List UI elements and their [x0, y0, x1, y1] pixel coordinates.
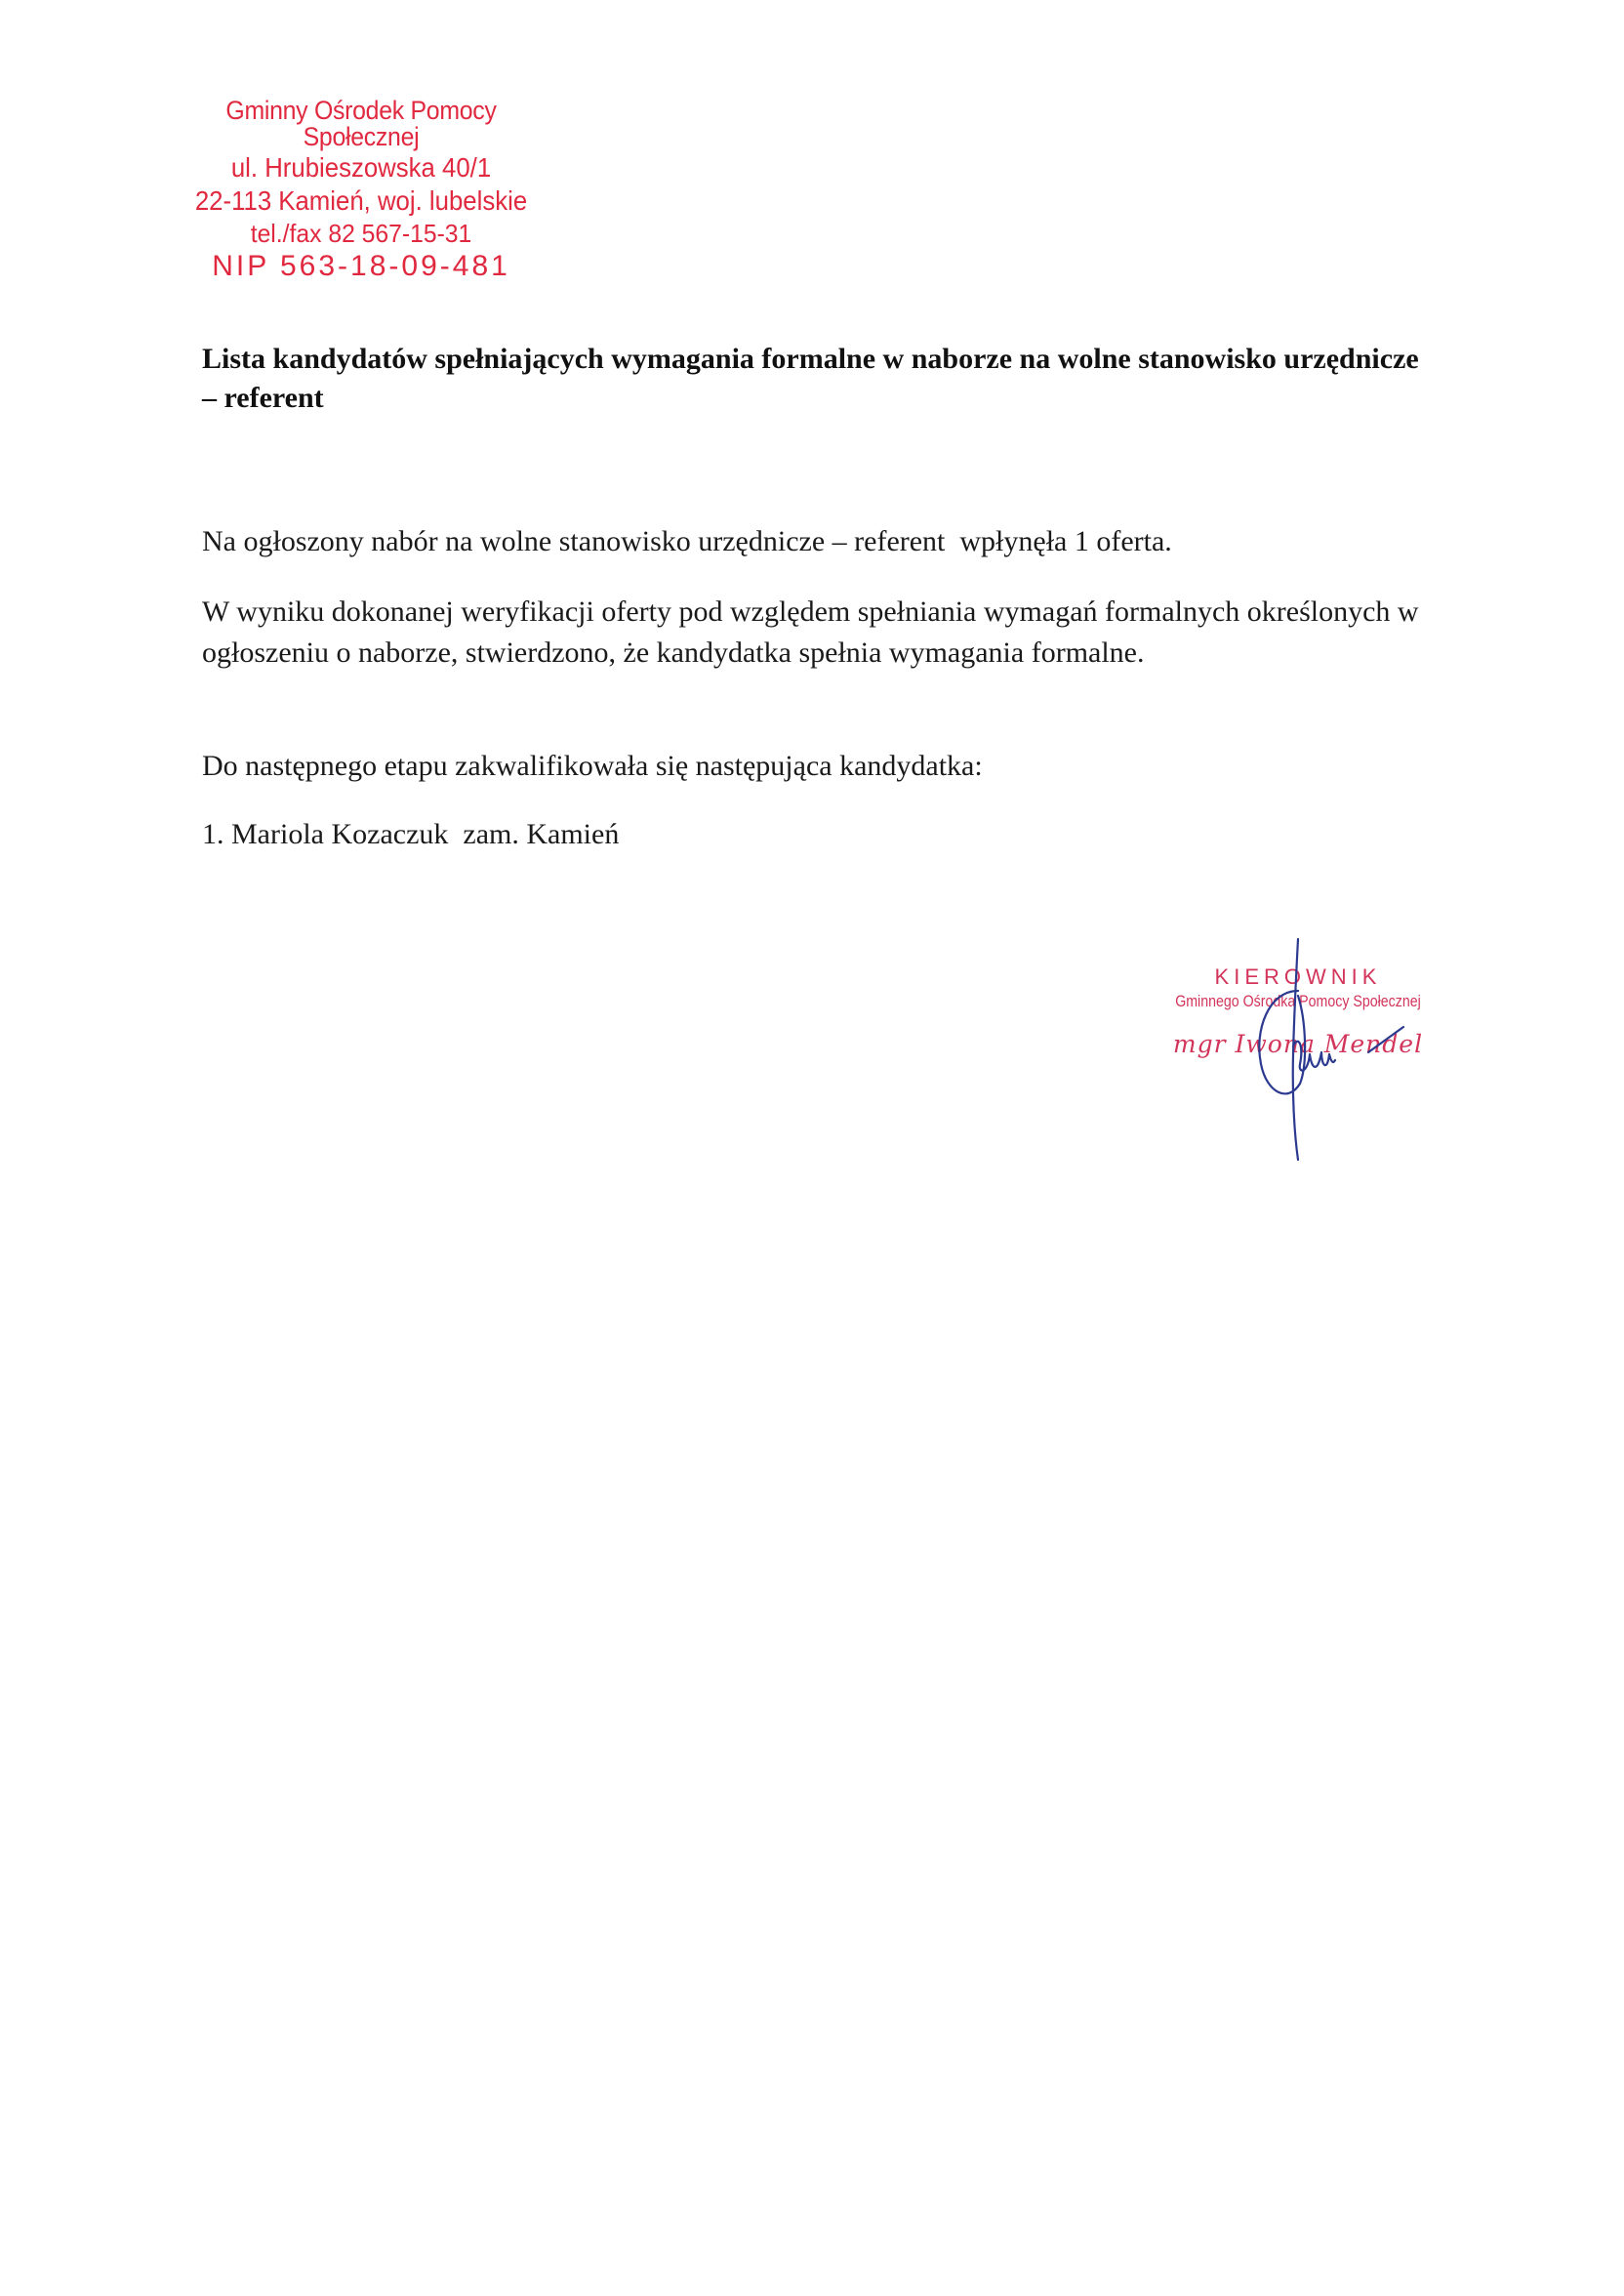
stamp-organization: Gminnego Ośrodka Pomocy Społecznej [1163, 994, 1432, 1010]
paragraph-qualified-intro: Do następnego etapu zakwalifikowała się … [202, 746, 1432, 787]
stamp-org-name: Gminny Ośrodek Pomocy Społecznej [173, 98, 549, 150]
manager-stamp: KIEROWNIK Gminnego Ośrodka Pomocy Społec… [1142, 966, 1454, 1056]
stamp-signer-name: mgr Iwona Mendel [1142, 1032, 1454, 1056]
candidate-list-item: 1. Mariola Kozaczuk zam. Kamień [202, 814, 1432, 855]
paragraph-offers-received: Na ogłoszony nabór na wolne stanowisko u… [202, 521, 1432, 562]
stamp-phone: tel./fax 82 567-15-31 [167, 221, 556, 246]
stamp-nip: NIP 563-18-09-481 [156, 252, 566, 281]
paragraph-verification: W wyniku dokonanej weryfikacji oferty po… [202, 592, 1432, 674]
document-page: Gminny Ośrodek Pomocy Społecznej ul. Hru… [0, 0, 1624, 2296]
document-heading: Lista kandydatów spełniających wymagania… [202, 340, 1432, 418]
stamp-role: KIEROWNIK [1142, 966, 1454, 988]
organization-stamp: Gminny Ośrodek Pomocy Społecznej ul. Hru… [156, 98, 566, 281]
stamp-street: ul. Hrubieszowska 40/1 [173, 154, 549, 182]
stamp-city: 22-113 Kamień, woj. lubelskie [173, 187, 549, 215]
